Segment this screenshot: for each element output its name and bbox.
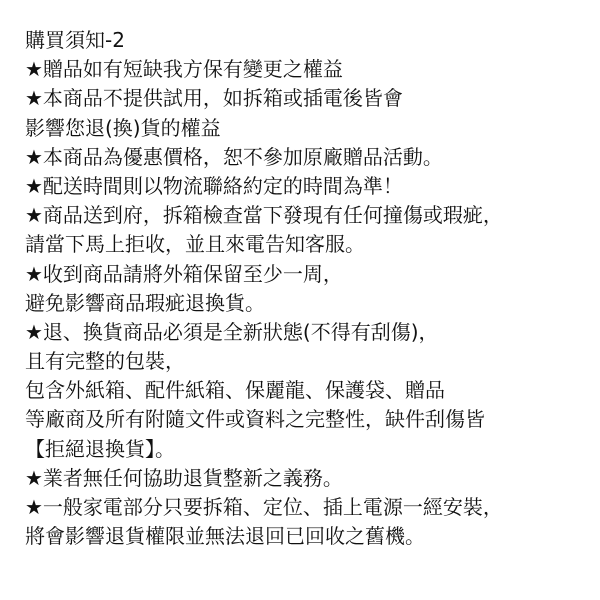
notice-line: 將會影響退貨權限並無法退回已回收之舊機。 [25, 522, 600, 551]
notice-title: 購買須知-2 [25, 26, 600, 55]
notice-line: ★配送時間則以物流聯絡約定的時間為準！ [25, 172, 600, 201]
notice-line: ★退、換貨商品必須是全新狀態(不得有刮傷)， [25, 318, 600, 347]
notice-line: ★本商品不提供試用，如拆箱或插電後皆會 [25, 84, 600, 113]
notice-line: 且有完整的包裝， [25, 347, 600, 376]
notice-line: 影響您退(換)貨的權益 [25, 114, 600, 143]
notice-line: ★商品送到府，拆箱檢查當下發現有任何撞傷或瑕疵， [25, 201, 600, 230]
notice-line: 等廠商及所有附隨文件或資料之完整性，缺件刮傷皆 [25, 405, 600, 434]
notice-line: ★贈品如有短缺我方保有變更之權益 [25, 55, 600, 84]
notice-line: 包含外紙箱、配件紙箱、保麗龍、保護袋、贈品 [25, 376, 600, 405]
notice-line: ★收到商品請將外箱保留至少一周， [25, 260, 600, 289]
notice-line: 【拒絕退換貨】。 [25, 435, 600, 464]
notice-line: ★業者無任何協助退貨整新之義務。 [25, 464, 600, 493]
notice-line: 請當下馬上拒收，並且來電告知客服。 [25, 230, 600, 259]
notice-line: ★一般家電部分只要拆箱、定位、插上電源一經安裝， [25, 493, 600, 522]
notice-line: ★本商品為優惠價格，恕不參加原廠贈品活動。 [25, 143, 600, 172]
notice-line: 避免影響商品瑕疵退換貨。 [25, 289, 600, 318]
purchase-notice: 購買須知-2 ★贈品如有短缺我方保有變更之權益 ★本商品不提供試用，如拆箱或插電… [25, 26, 600, 551]
